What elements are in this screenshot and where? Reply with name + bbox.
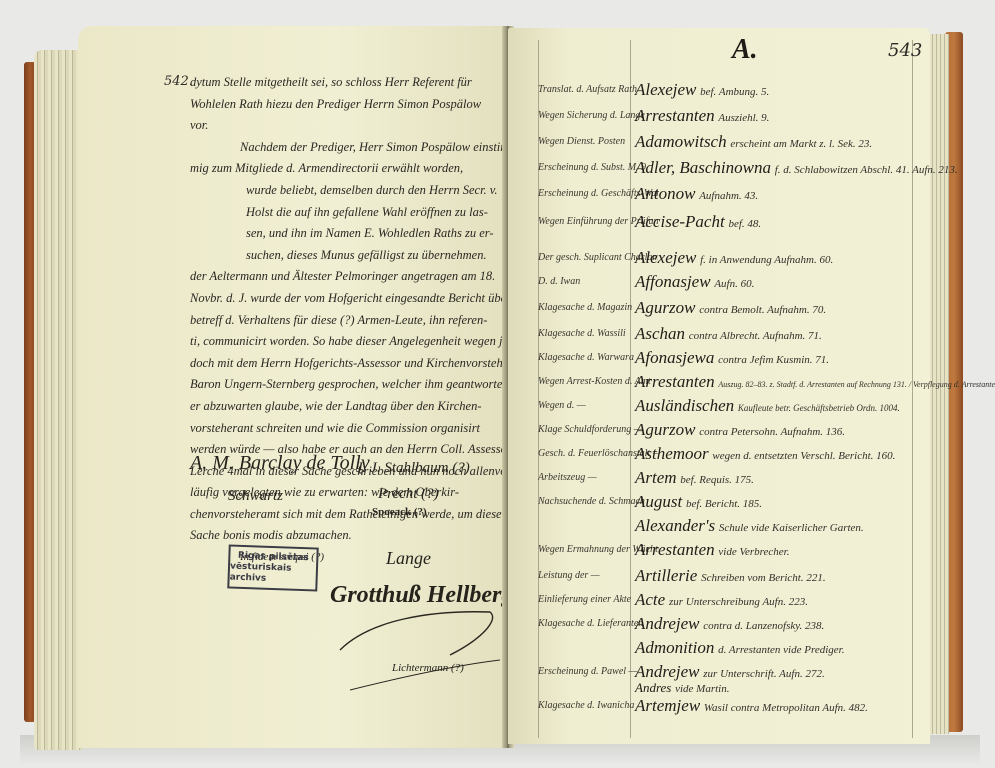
index-entry: Leistung der —Artillerie Schreiben vom B… xyxy=(512,564,932,588)
entry-name: Adler, Baschinowna xyxy=(635,158,771,177)
index-entry: Arbeitszeug —Artem bef. Requis. 175. xyxy=(512,466,932,490)
index-entry: Wegen d. —Ausländischen Kaufleute betr. … xyxy=(512,394,932,418)
index-entry: Wegen Sicherung d. LangeArrestanten Ausz… xyxy=(512,104,932,128)
entry-name: Andrejew xyxy=(635,614,700,633)
entry-name: Alexejew xyxy=(635,248,696,267)
entry-detail: vide Verbrecher. xyxy=(718,546,789,558)
archive-stamp: Rigas pilsētas vēsturiskais archivs xyxy=(227,544,318,591)
text-line: suchen, dieses Munus gefälligst zu übern… xyxy=(190,245,508,267)
entry-name: August xyxy=(635,492,682,511)
entry-detail: d. Arrestanten vide Prediger. xyxy=(718,644,844,656)
entry-name: Asthemoor xyxy=(635,444,709,463)
entry-detail: contra Albrecht. Aufnahm. 71. xyxy=(689,330,822,342)
entry-name: Agurzow xyxy=(635,420,695,439)
entry-name: Arrestanten xyxy=(635,372,715,391)
index-entry: Wegen Ermahnung der Wächter ihrer Pflich… xyxy=(512,538,932,562)
signature: Lange xyxy=(386,548,431,569)
entry-name: Artem xyxy=(635,468,677,487)
signature: A. M. Barclay de Tolly xyxy=(190,452,370,475)
index-entry: Alexander's Schule vide Kaiserlicher Gar… xyxy=(512,514,932,538)
stamp-line: vēsturiskais archivs xyxy=(229,561,316,586)
index-entry: Wegen Arrest-Kosten d. AmtArrestanten Au… xyxy=(512,370,932,394)
entry-name: Arrestanten xyxy=(635,106,715,125)
entry-name: Alexander's xyxy=(635,516,715,535)
index-entry: Einlieferung einer AkteActe zur Untersch… xyxy=(512,588,932,612)
text-line: dytum Stelle mitgetheilt sei, so schloss… xyxy=(190,72,508,94)
index-entry: Erscheinung d. Geschäfts-WahlAntonow Auf… xyxy=(512,182,932,206)
text-line: vorsteherant schreiten und wie die Commi… xyxy=(190,418,508,440)
text-line: Nachdem der Prediger, Herr Simon Pospälo… xyxy=(190,137,508,159)
text-line: der Aeltermann und Ältester Pelmoringer … xyxy=(190,266,508,288)
index-entry: Erscheinung d. Subst. M. 9.Adler, Baschi… xyxy=(512,156,932,180)
index-entry: Klagesache d. MagazinAgurzow contra Bemo… xyxy=(512,296,932,320)
entry-name: Andres xyxy=(635,680,671,695)
text-line: mig zum Mitgliede d. Armendirectorii erw… xyxy=(190,158,508,180)
entry-name: Antonow xyxy=(635,184,695,203)
entry-detail: Wasil contra Metropolitan Aufn. 482. xyxy=(704,702,868,714)
entry-detail: contra Petersohn. Aufnahm. 136. xyxy=(699,426,845,438)
entry-name: Affonasjew xyxy=(635,272,711,291)
index-entry: Klagesache d. WarwaraAfonasjewa contra J… xyxy=(512,346,932,370)
signature: Schwartz xyxy=(228,488,283,505)
text-line: er abzuwarten glaube, wie der Landtag üb… xyxy=(190,396,508,418)
entry-name: Afonasjewa xyxy=(635,348,714,367)
text-line: chenvorsteheramt sich mit dem Rathe eini… xyxy=(190,504,508,526)
entry-name: Arrestanten xyxy=(635,540,715,559)
entry-name: Agurzow xyxy=(635,298,695,317)
signature: J. J. Stahlbaum (?) xyxy=(356,460,470,477)
page-edges-left xyxy=(34,50,82,750)
index-entry: Wegen Dienst. PostenAdamowitsch erschein… xyxy=(512,130,932,154)
entry-detail: Aufnahm. 43. xyxy=(699,190,758,202)
index-entry: Nachsuchende d. SchmachAugust bef. Beric… xyxy=(512,490,932,514)
text-line: Holst die auf ihn gefallene Wahl eröffne… xyxy=(190,202,508,224)
entry-name: Aschan xyxy=(635,324,685,343)
text-line: Baron Ungern-Sternberg gesprochen, welch… xyxy=(190,374,508,396)
entry-name: Artillerie xyxy=(635,566,697,585)
entry-detail: bef. 48. xyxy=(728,218,761,230)
index-entry: Klagesache d. IwanichaArtemjew Wasil con… xyxy=(512,694,932,718)
entry-detail: bef. Ambung. 5. xyxy=(700,86,769,98)
index-entry: Translat. d. Aufsatz RathAlexejew bef. A… xyxy=(512,78,932,102)
entry-name: Adamowitsch xyxy=(635,132,727,151)
signature: Spoeack (?) xyxy=(372,506,427,518)
entry-detail: bef. Bericht. 185. xyxy=(686,498,762,510)
entry-detail: Schule vide Kaiserlicher Garten. xyxy=(719,522,864,534)
entry-detail: bef. Requis. 175. xyxy=(680,474,754,486)
index-entry: Klagesache d. LieferantenAndrejew contra… xyxy=(512,612,932,636)
entry-name: Alexejew xyxy=(635,80,696,99)
entry-name: Artemjew xyxy=(635,696,700,715)
index-entry: Gesch. d. Feuerlöschanstalt —Asthemoor w… xyxy=(512,442,932,466)
entry-detail: Ausziehl. 9. xyxy=(718,112,769,124)
index-letter: A. xyxy=(732,34,758,66)
entry-detail: contra Jefim Kusmin. 71. xyxy=(718,354,829,366)
entry-name: Accise-Pacht xyxy=(635,212,725,231)
entry-detail: contra d. Lanzenofsky. 238. xyxy=(703,620,824,632)
entry-name: Acte xyxy=(635,590,665,609)
text-line: sen, und ihn im Namen E. Wohledlen Raths… xyxy=(190,223,508,245)
text-line: wurde beliebt, demselben durch den Herrn… xyxy=(190,180,508,202)
signature: Precht (?) xyxy=(378,486,439,503)
entry-name: Admonition xyxy=(635,638,714,657)
entry-name: Ausländischen xyxy=(635,396,734,415)
text-line: Novbr. d. J. wurde der vom Hofgericht ei… xyxy=(190,288,508,310)
text-line: Wohlelen Rath hiezu den Prediger Herrn S… xyxy=(190,94,508,116)
index-entry: Der gesch. Suplicant CharlamAlexejew f. … xyxy=(512,246,932,270)
index-entry: Admonition d. Arrestanten vide Prediger. xyxy=(512,636,932,660)
text-line: betreff d. Verhaltens für diese (?) Arme… xyxy=(190,310,508,332)
signature-flourish xyxy=(330,600,510,700)
entry-detail: contra Bemolt. Aufnahm. 70. xyxy=(699,304,826,316)
entry-detail: f. in Anwendung Aufnahm. 60. xyxy=(700,254,833,266)
entry-detail: wegen d. entsetzten Verschl. Bericht. 16… xyxy=(712,450,895,462)
entry-detail: Schreiben vom Bericht. 221. xyxy=(701,572,826,584)
index-entry: Klagesache d. WassiliAschan contra Albre… xyxy=(512,322,932,346)
index-entry: Klage Schuldforderung —Agurzow contra Pe… xyxy=(512,418,932,442)
text-line: vor. xyxy=(190,115,508,137)
entry-detail: f. d. Schlabowitzen Abschl. 41. Aufn. 21… xyxy=(775,164,958,176)
left-folio-number: 542. xyxy=(164,74,193,89)
index-entry: Wegen Einführung der Prüfung d. RottenAc… xyxy=(512,210,932,234)
text-line: doch mit dem Herrn Hofgerichts-Assessor … xyxy=(190,353,508,375)
entry-detail: Kaufleute betr. Geschäftsbetrieb Ordn. 1… xyxy=(738,403,900,413)
right-folio-number: 543 xyxy=(888,40,922,61)
entry-detail: erscheint am Markt z. l. Sek. 23. xyxy=(730,138,872,150)
index-entry: D. d. IwanAffonasjew Aufn. 60. xyxy=(512,270,932,294)
entry-detail: Auszug. 82–83. z. Stadtf. d. Arrestanten… xyxy=(718,380,995,389)
entry-detail: zur Unterschreibung Aufn. 223. xyxy=(669,596,808,608)
entry-detail: Aufn. 60. xyxy=(714,278,754,290)
text-line: ti, communicirt worden. So habe dieser A… xyxy=(190,331,508,353)
